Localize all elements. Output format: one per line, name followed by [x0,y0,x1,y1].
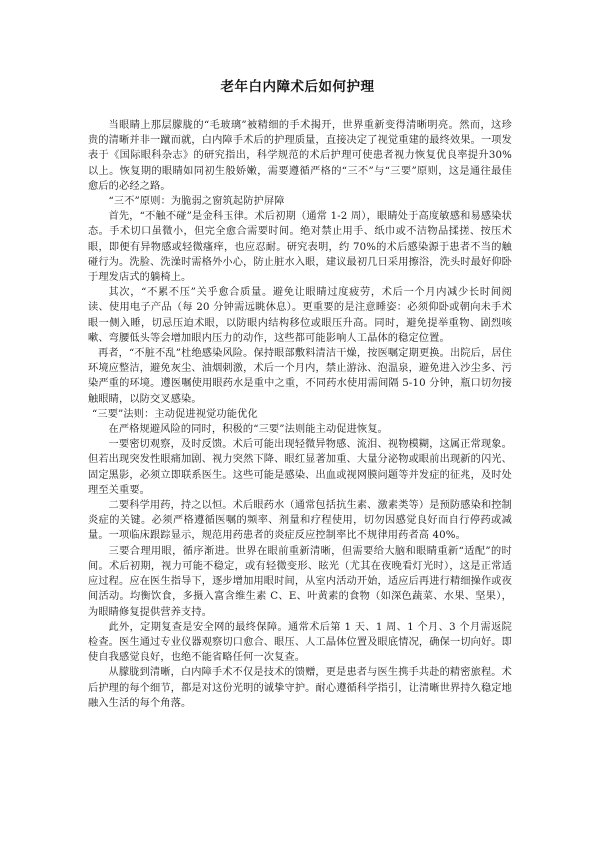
paragraph-follow-up: 此外，定期复查是安全网的最终保障。通常术后第 1 天、1 周、1 个月、3 个月… [88,620,512,666]
paragraph-bu-lei-bu-ya: 其次，“不累不压”关乎愈合质量。避免让眼睛过度疲劳，术后一个月内减少长时间阅读、… [88,285,512,346]
paragraph-bu-zang-bu-luan: 再者，“不脏不乱”杜绝感染风险。保持眼部敷料清洁干燥，按医嘱定期更换。出院后，居… [88,346,512,407]
paragraph-eye-use: 三要合理用眼，循序渐进。世界在眼前重新清晰，但需要给大脑和眼睛重新“适配”的时间… [88,544,512,620]
paragraph-conclusion: 从朦胧到清晰，白内障手术不仅是技术的馈赠，更是患者与医生携手共赴的精密旅程。术后… [88,665,512,711]
document-page: 老年白内障术后如何护理 当眼睛上那层朦胧的“毛玻璃”被精细的手术揭开，世界重新变… [0,0,595,841]
section-heading-san-yao: “三要”法则：主动促进视觉功能优化 [88,407,512,422]
document-body: 当眼睛上那层朦胧的“毛玻璃”被精细的手术揭开，世界重新变得清晰明亮。然而，这珍贵… [88,118,512,711]
paragraph-san-yao-intro: 在严格规避风险的同时，积极的“三要”法则能主动促进恢复。 [88,422,512,437]
paragraph-bu-chu-bu-peng: 首先，“不触不碰”是金科玉律。术后初期（通常 1-2 周），眼睛处于高度敏感和易… [88,209,512,285]
paragraph-observe: 一要密切观察，及时反馈。术后可能出现轻微异物感、流泪、视物模糊，这属正常现象。但… [88,437,512,498]
paragraph-medication: 二要科学用药，持之以恒。术后眼药水（通常包括抗生素、激素类等）是预防感染和控制炎… [88,498,512,544]
section-heading-san-bu: “三不”原则：为脆弱之窗筑起防护屏障 [88,194,512,209]
document-title: 老年白内障术后如何护理 [0,78,595,96]
paragraph-intro: 当眼睛上那层朦胧的“毛玻璃”被精细的手术揭开，世界重新变得清晰明亮。然而，这珍贵… [88,118,512,194]
